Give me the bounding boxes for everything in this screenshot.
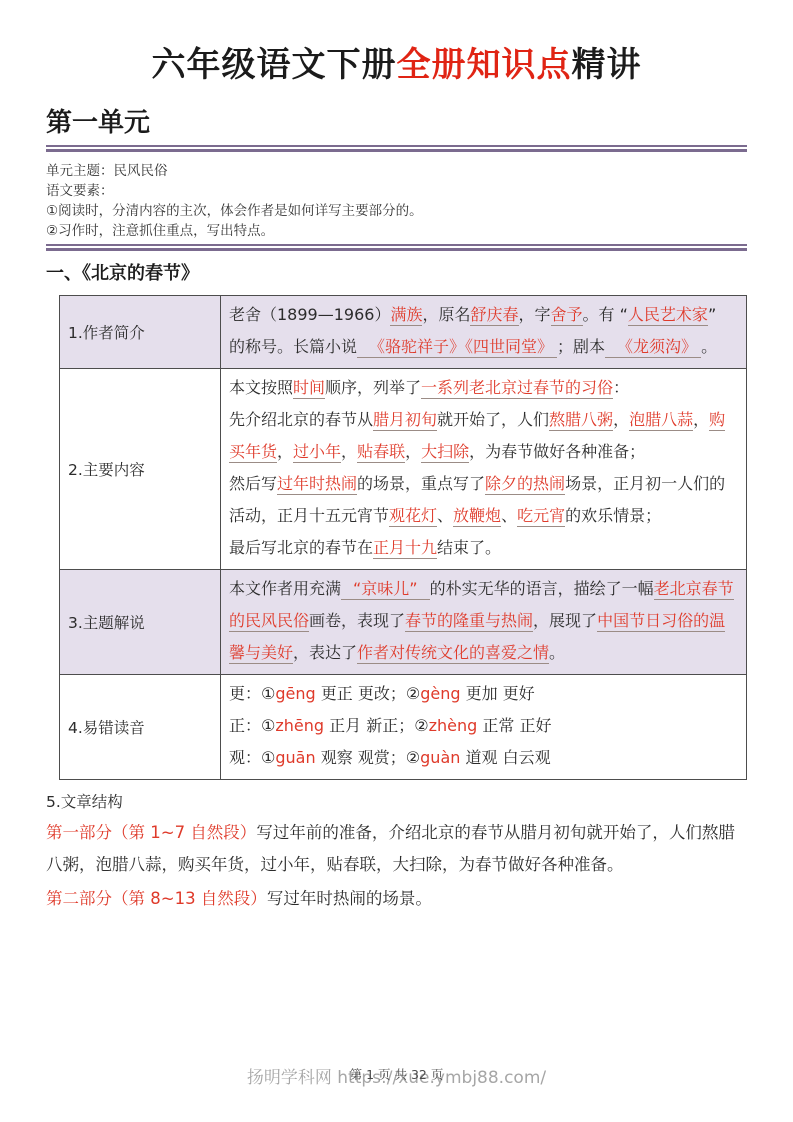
text-segment: 满族 — [390, 305, 422, 326]
text-segment: ，原名 — [422, 305, 470, 324]
title-part-black-left: 六年级语文下册 — [152, 45, 397, 85]
text-segment: 观：① — [229, 748, 275, 767]
text-segment: ： — [613, 378, 629, 397]
text-segment: 、 — [437, 506, 453, 525]
text-segment: 。有 “ — [583, 305, 628, 324]
text-segment: 更加 更好 — [460, 684, 534, 703]
text-segment: 顺序，列举了 — [325, 378, 421, 397]
text-segment: 、 — [501, 506, 517, 525]
row-label-theme: 3.主题解说 — [60, 570, 221, 675]
text-segment: 放鞭炮 — [453, 506, 501, 527]
page-number: 第 1 页 共 32 页 — [350, 1065, 444, 1083]
paragraph: 老舍（1899—1966）满族，原名舒庆春，字舍予。有 “人民艺术家” 的称号。… — [229, 299, 736, 363]
text-segment: 大扫除 — [421, 442, 469, 463]
unit-element-1: ①阅读时，分清内容的主次，体会作者是如何详写主要部分的。 — [46, 201, 747, 221]
text-segment: ， — [693, 410, 709, 429]
text-segment: 《龙须沟》 — [605, 337, 701, 358]
text-segment: 正月十九 — [373, 538, 437, 559]
text-segment: 正常 正好 — [477, 716, 551, 735]
text-segment: 然后写 — [229, 474, 277, 493]
text-segment: 泡腊八蒜 — [629, 410, 693, 431]
text-segment: 道观 白云观 — [460, 748, 550, 767]
text-segment: 除夕的热闹 — [485, 474, 565, 495]
text-segment: ， — [277, 442, 293, 461]
row-label-main-content: 2.主要内容 — [60, 369, 221, 570]
text-segment: 更正 更改；② — [316, 684, 421, 703]
text-segment: 春节的隆重与热闹 — [405, 611, 533, 632]
text-segment: ，为春节做好各种准备； — [469, 442, 645, 461]
row-label-author: 1.作者简介 — [60, 296, 221, 369]
text-segment: 舒庆春 — [470, 305, 518, 326]
text-segment: 熬腊八粥 — [549, 410, 613, 431]
text-segment: 老舍（1899—1966） — [229, 305, 390, 324]
document-page: 六年级语文下册全册知识点精讲 第一单元 单元主题：民风民俗 语文要素： ①阅读时… — [0, 42, 793, 915]
unit-element-2: ②习作时，注意抓住重点，写出特点。 — [46, 221, 747, 241]
text-segment: 的场景，重点写了 — [357, 474, 485, 493]
text-segment: 腊月初旬 — [373, 410, 437, 431]
unit-info-block: 单元主题：民风民俗 语文要素： ①阅读时，分清内容的主次，体会作者是如何详写主要… — [46, 161, 747, 241]
structure-paragraph-1: 第一部分（第 1~7 自然段）写过年前的准备，介绍北京的春节从腊月初旬就开始了，… — [46, 817, 747, 881]
purple-rule-top — [46, 145, 747, 152]
unit-heading: 第一单元 — [46, 106, 747, 140]
text-segment: 观花灯 — [389, 506, 437, 527]
text-segment: 吃元宵 — [517, 506, 565, 527]
paragraph: 本文作者用充满“京味儿”的朴实无华的语言，描绘了一幅老北京春节的民风民俗画卷，表… — [229, 573, 736, 669]
text-segment: 作者对传统文化的喜爱之情 — [357, 643, 549, 664]
page-footer: 扬明学科网 https://xue.ymbj88.com/ 第 1 页 共 32… — [0, 1056, 793, 1088]
text-segment: 舍予 — [551, 305, 583, 326]
paragraph: 更：①gēng 更正 更改；②gèng 更加 更好 — [229, 678, 736, 710]
paragraph: 观：①guān 观察 观赏；②guàn 道观 白云观 — [229, 742, 736, 774]
text-segment: 过年时热闹 — [277, 474, 357, 495]
row-content-author: 老舍（1899—1966）满族，原名舒庆春，字舍予。有 “人民艺术家” 的称号。… — [221, 296, 747, 369]
text-segment: 时间 — [293, 378, 325, 399]
lesson-heading: 一、《北京的春节》 — [46, 262, 747, 286]
text-segment: guān — [275, 748, 315, 767]
text-segment: 一系列老北京过春节的习俗 — [421, 378, 613, 399]
table-row-author: 1.作者简介 老舍（1899—1966）满族，原名舒庆春，字舍予。有 “人民艺术… — [60, 296, 747, 369]
row-label-pronunciation: 4.易错读音 — [60, 675, 221, 780]
text-segment: 正：① — [229, 716, 275, 735]
structure-paragraph-2: 第二部分（第 8~13 自然段）写过年时热闹的场景。 — [46, 883, 747, 915]
text-segment: 结束了。 — [437, 538, 501, 557]
structure-heading: 5.文章结构 — [46, 790, 747, 814]
text-segment: 人民艺术家 — [628, 305, 708, 326]
table-row-theme: 3.主题解说 本文作者用充满“京味儿”的朴实无华的语言，描绘了一幅老北京春节的民… — [60, 570, 747, 675]
purple-rule-bottom — [46, 244, 747, 251]
text-segment: 的朴实无华的语言，描绘了一幅 — [430, 579, 654, 598]
document-title: 六年级语文下册全册知识点精讲 — [46, 42, 747, 88]
text-segment: 。 — [701, 337, 717, 356]
text-segment: “京味儿” — [341, 579, 430, 600]
title-part-black-right: 精讲 — [572, 45, 642, 85]
text-segment: ；剧本 — [557, 337, 605, 356]
text-segment: gēng — [275, 684, 315, 703]
text-segment: ，字 — [519, 305, 551, 324]
text-segment: gèng — [420, 684, 460, 703]
text-segment: 写过年时热闹的场景。 — [267, 889, 432, 908]
text-segment: 先介绍北京的春节从 — [229, 410, 373, 429]
text-segment: ， — [405, 442, 421, 461]
text-segment: 观察 观赏；② — [316, 748, 421, 767]
title-part-red: 全册知识点 — [397, 45, 572, 85]
text-segment: 画卷，表现了 — [309, 611, 405, 630]
knowledge-table: 1.作者简介 老舍（1899—1966）满族，原名舒庆春，字舍予。有 “人民艺术… — [59, 295, 747, 780]
row-content-theme: 本文作者用充满“京味儿”的朴实无华的语言，描绘了一幅老北京春节的民风民俗画卷，表… — [221, 570, 747, 675]
text-segment: 过小年 — [293, 442, 341, 463]
row-content-pronunciation: 更：①gēng 更正 更改；②gèng 更加 更好 正：①zhēng 正月 新正… — [221, 675, 747, 780]
text-segment: 第一部分（第 1~7 自然段） — [46, 823, 256, 842]
text-segment: 第二部分（第 8~13 自然段） — [46, 889, 267, 908]
text-segment: ，表达了 — [293, 643, 357, 662]
text-segment: 贴春联 — [357, 442, 405, 463]
text-segment: zhēng — [275, 716, 324, 735]
paragraph: 正：①zhēng 正月 新正；②zhèng 正常 正好 — [229, 710, 736, 742]
text-segment: ，展现了 — [533, 611, 597, 630]
unit-elements-label: 语文要素： — [46, 181, 747, 201]
text-segment: 更：① — [229, 684, 275, 703]
paragraph: 然后写过年时热闹的场景，重点写了除夕的热闹场景，正月初一人们的活动，正月十五元宵… — [229, 468, 736, 532]
paragraph: 最后写北京的春节在正月十九结束了。 — [229, 532, 736, 564]
text-segment: 本文作者用充满 — [229, 579, 341, 598]
text-segment: zhèng — [429, 716, 478, 735]
text-segment: 就开始了，人们 — [437, 410, 549, 429]
row-content-main-content: 本文按照时间顺序，列举了一系列老北京过春节的习俗： 先介绍北京的春节从腊月初旬就… — [221, 369, 747, 570]
table-row-main-content: 2.主要内容 本文按照时间顺序，列举了一系列老北京过春节的习俗： 先介绍北京的春… — [60, 369, 747, 570]
text-segment: 《骆驼祥子》《四世同堂》 — [357, 337, 557, 358]
text-segment: 的欢乐情景； — [565, 506, 661, 525]
text-segment: guàn — [420, 748, 460, 767]
text-segment: ， — [613, 410, 629, 429]
text-segment: 本文按照 — [229, 378, 293, 397]
paragraph: 先介绍北京的春节从腊月初旬就开始了，人们熬腊八粥，泡腊八蒜，购买年货，过小年，贴… — [229, 404, 736, 468]
table-row-pronunciation: 4.易错读音 更：①gēng 更正 更改；②gèng 更加 更好 正：①zhēn… — [60, 675, 747, 780]
text-segment: ， — [341, 442, 357, 461]
unit-theme-line: 单元主题：民风民俗 — [46, 161, 747, 181]
text-segment: 正月 新正；② — [324, 716, 429, 735]
paragraph: 本文按照时间顺序，列举了一系列老北京过春节的习俗： — [229, 372, 736, 404]
text-segment: 。 — [549, 643, 565, 662]
text-segment: 最后写北京的春节在 — [229, 538, 373, 557]
